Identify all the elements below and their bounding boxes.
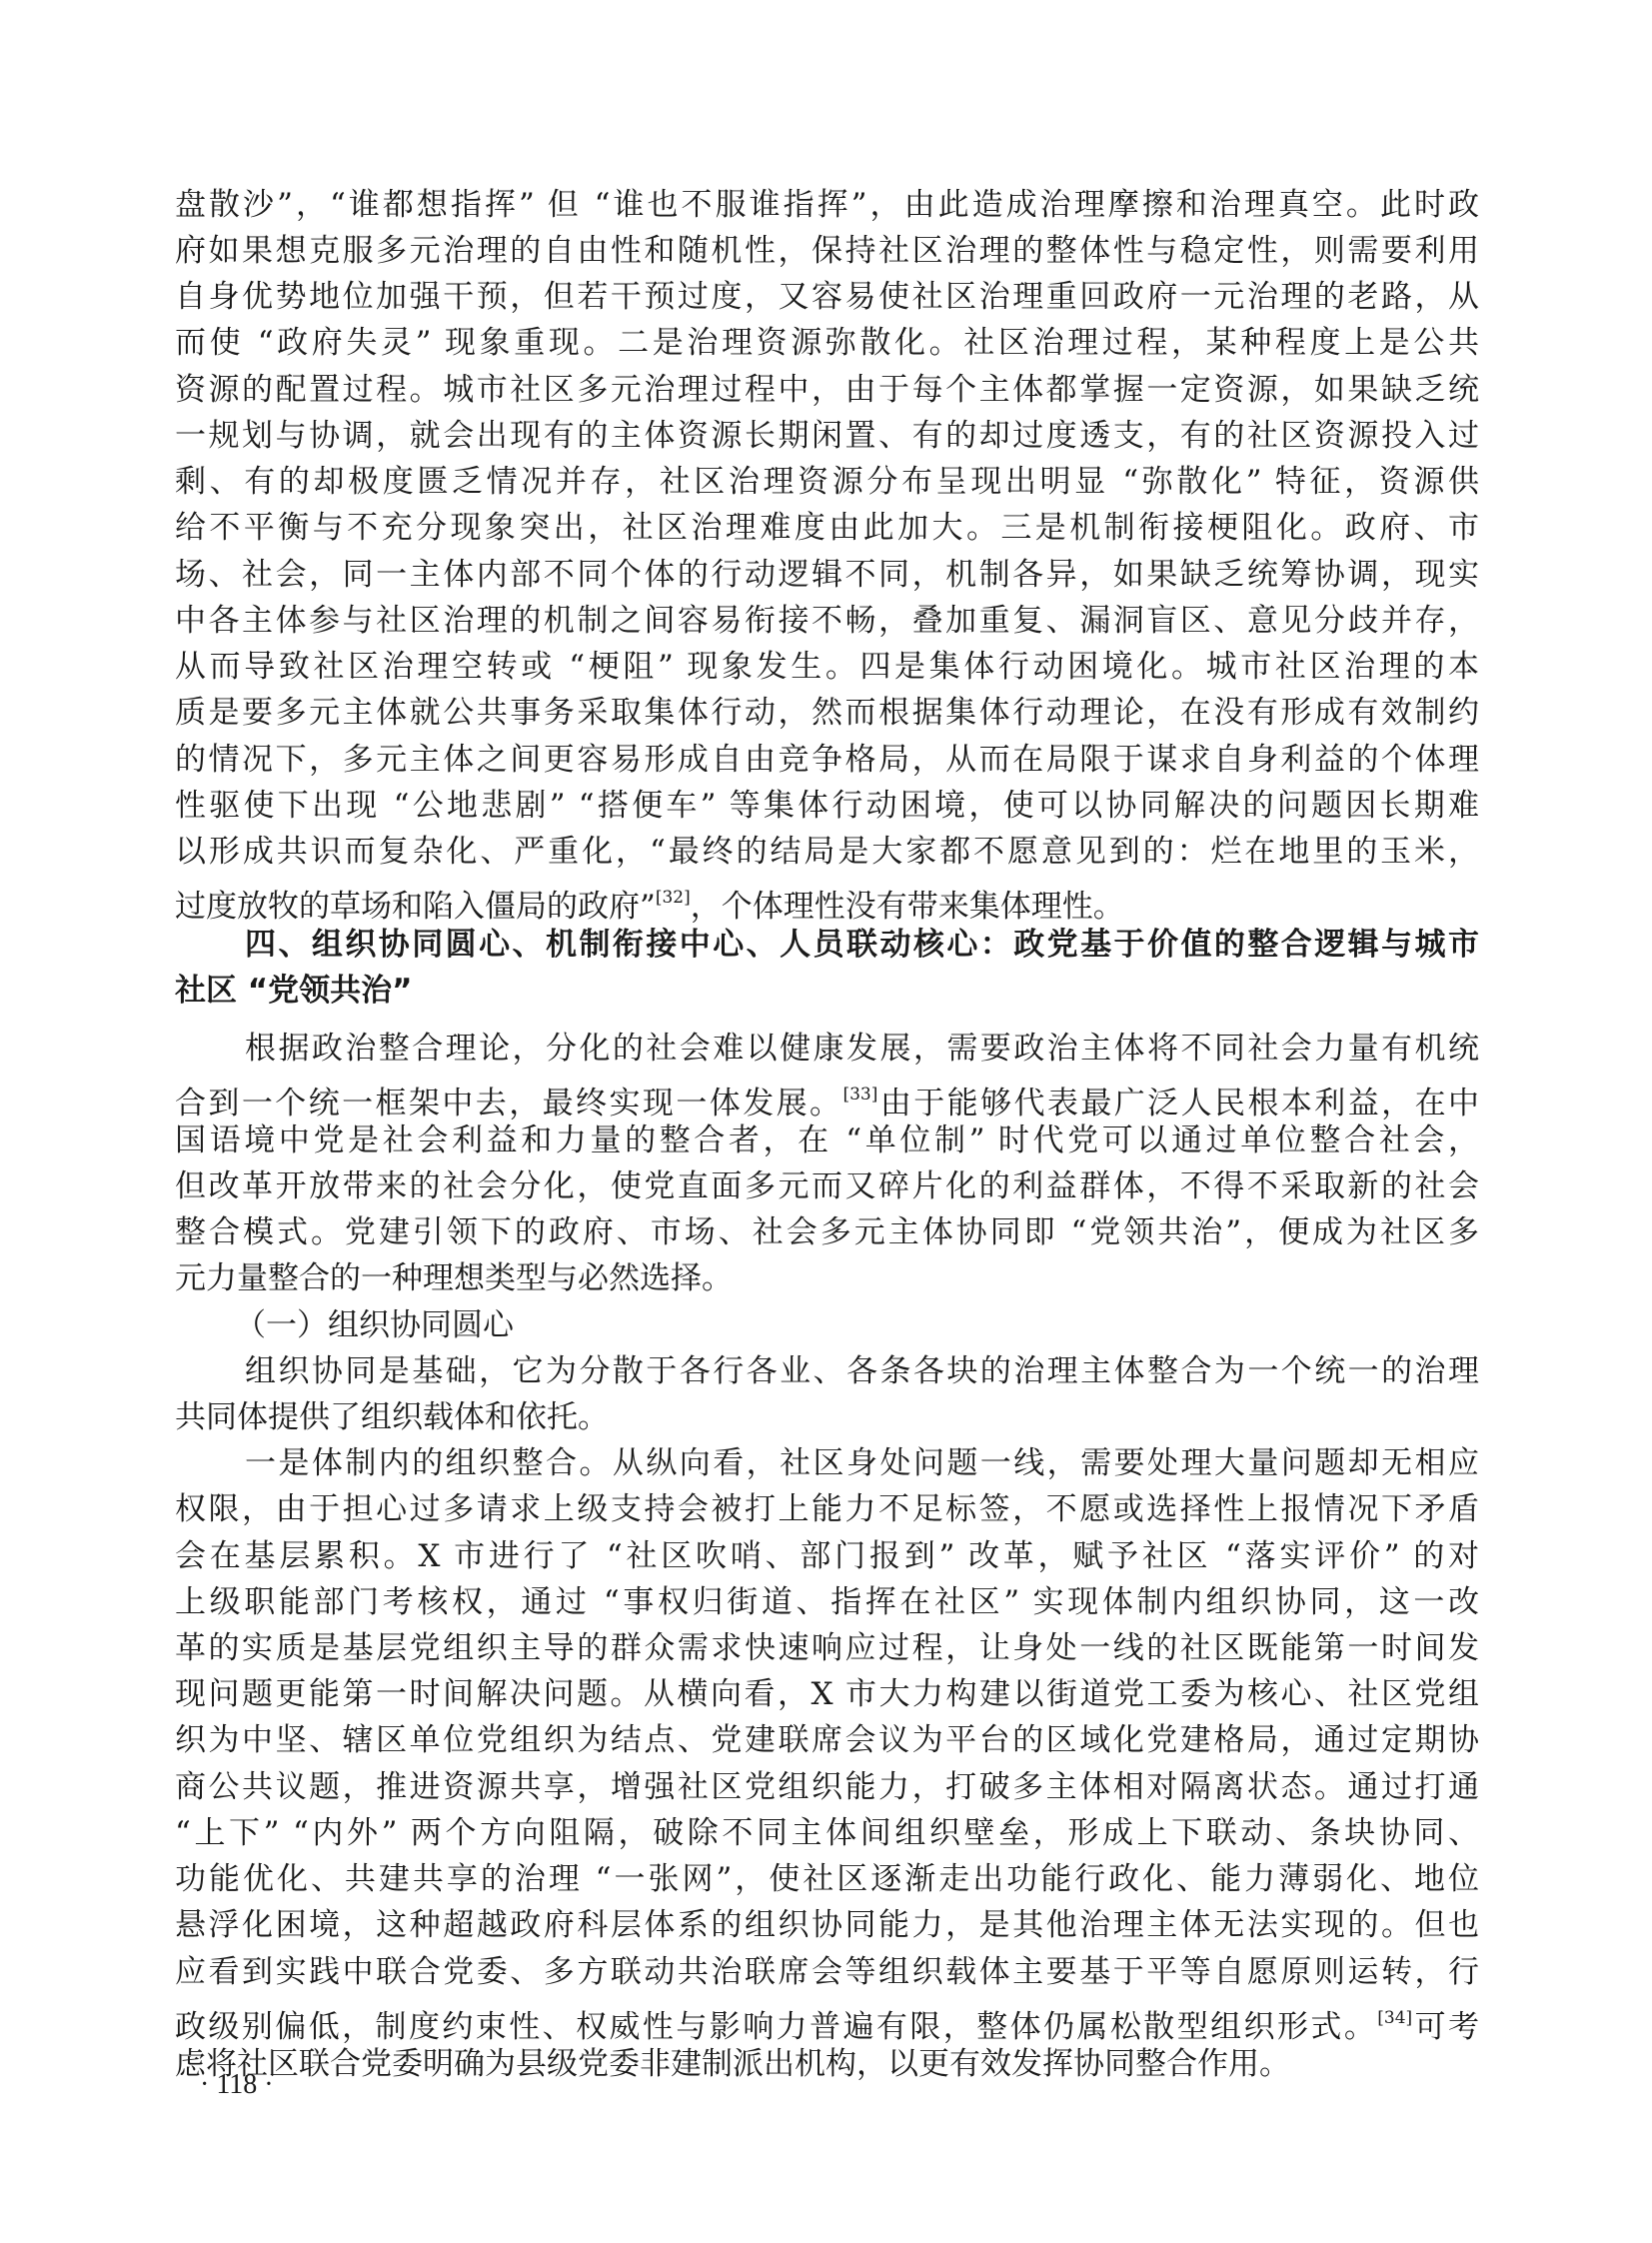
text-line: 应看到实践中联合党委、多方联动共治联席会等组织载体主要基于平等自愿原则运转，行 [175, 1949, 1479, 1995]
text-span: 合到一个统一框架中去，最终实现一体发展。 [175, 1086, 842, 1121]
text-line: 政级别偏低，制度约束性、权威性与影响力普遍有限，整体仍属松散型组织形式。[34]… [175, 1995, 1479, 2041]
text-span: 政级别偏低，制度约束性、权威性与影响力普遍有限，整体仍属松散型组织形式。 [175, 2009, 1377, 2045]
text-line: 过度放牧的草场和陷入僵局的政府”[32]，个体理性没有带来集体理性。 [175, 875, 1479, 921]
heading-line: 社区 “党领共治” [175, 968, 1479, 1014]
text-line: 剩、有的却极度匮乏情况并存，社区治理资源分布呈现出明显 “弥散化” 特征，资源供 [175, 459, 1479, 505]
text-line: 一是体制内的组织整合。从纵向看，社区身处问题一线，需要处理大量问题却无相应 [245, 1440, 1479, 1486]
text-line: 府如果想克服多元治理的自由性和随机性，保持社区治理的整体性与稳定性，则需要利用 [175, 228, 1479, 274]
text-line: 组织协同是基础，它为分散于各行各业、各条各块的治理主体整合为一个统一的治理 [245, 1348, 1479, 1394]
heading-line: 四、组织协同圆心、机制衔接中心、人员联动核心：政党基于价值的整合逻辑与城市 [245, 922, 1479, 968]
text-line: 革的实质是基层党组织主导的群众需求快速响应过程，让身处一线的社区既能第一时间发 [175, 1625, 1479, 1671]
text-line: 整合模式。党建引领下的政府、市场、社会多元主体协同即 “党领共治”，便成为社区多 [175, 1209, 1479, 1255]
text-line: 国语境中党是社会利益和力量的整合者，在 “单位制” 时代党可以通过单位整合社会， [175, 1118, 1479, 1163]
text-line: 盘散沙”，“谁都想指挥” 但 “谁也不服谁指挥”，由此造成治理摩擦和治理真空。此… [175, 182, 1479, 228]
text-line: 虑将社区联合党委明确为县级党委非建制派出机构，以更有效发挥协同整合作用。 [175, 2041, 1479, 2087]
text-span: 由于能够代表最广泛人民根本利益，在中 [877, 1086, 1479, 1121]
text-line: 以形成共识而复杂化、严重化，“最终的结局是大家都不愿意见到的：烂在地里的玉米， [175, 829, 1479, 875]
document-page: 盘散沙”，“谁都想指挥” 但 “谁也不服谁指挥”，由此造成治理摩擦和治理真空。此… [0, 0, 1652, 2243]
text-line: 现问题更能第一时间解决问题。从横向看，X 市大力构建以街道党工委为核心、社区党组 [175, 1671, 1479, 1717]
text-line: 的情况下，多元主体之间更容易形成自由竞争格局，从而在局限于谋求自身利益的个体理 [175, 737, 1479, 783]
subsection-heading: （一）组织协同圆心 [235, 1302, 1469, 1348]
citation-ref-33: [33] [842, 1085, 877, 1105]
text-span: 过度放牧的草场和陷入僵局的政府” [175, 889, 656, 925]
text-line: 给不平衡与不充分现象突出，社区治理难度由此加大。三是机制衔接梗阻化。政府、市 [175, 505, 1479, 551]
text-line: 而使 “政府失灵” 现象重现。二是治理资源弥散化。社区治理过程，某种程度上是公共 [175, 320, 1479, 366]
text-line: 但改革开放带来的社会分化，使党直面多元而又碎片化的利益群体，不得不采取新的社会 [175, 1163, 1479, 1209]
text-line: 权限，由于担心过多请求上级支持会被打上能力不足标签，不愿或选择性上报情况下矛盾 [175, 1486, 1479, 1532]
text-line: 商公共议题，推进资源共享，增强社区党组织能力，打破多主体相对隔离状态。通过打通 [175, 1764, 1479, 1810]
text-span: ，个体理性没有带来集体理性。 [691, 889, 1124, 925]
text-span: 可考 [1412, 2009, 1479, 2045]
citation-ref-32: [32] [656, 888, 691, 908]
text-line: 中各主体参与社区治理的机制之间容易衔接不畅，叠加重复、漏洞盲区、意见分歧并存， [175, 598, 1479, 644]
citation-ref-34: [34] [1377, 2008, 1412, 2028]
text-line: 一规划与协调，就会出现有的主体资源长期闲置、有的却过度透支，有的社区资源投入过 [175, 413, 1479, 459]
text-line: “上下” “内外” 两个方向阻隔，破除不同主体间组织壁垒，形成上下联动、条块协同… [175, 1810, 1479, 1856]
text-line: 上级职能部门考核权，通过 “事权归街道、指挥在社区” 实现体制内组织协同，这一改 [175, 1579, 1479, 1625]
text-line: 元力量整合的一种理想类型与必然选择。 [175, 1255, 1479, 1301]
text-line: 从而导致社区治理空转或 “梗阻” 现象发生。四是集体行动困境化。城市社区治理的本 [175, 644, 1479, 690]
text-line: 根据政治整合理论，分化的社会难以健康发展，需要政治主体将不同社会力量有机统 [245, 1026, 1479, 1072]
text-line: 功能优化、共建共享的治理 “一张网”，使社区逐渐走出功能行政化、能力薄弱化、地位 [175, 1856, 1479, 1902]
text-line: 资源的配置过程。城市社区多元治理过程中，由于每个主体都掌握一定资源，如果缺乏统 [175, 367, 1479, 413]
text-line: 共同体提供了组织载体和依托。 [175, 1394, 1479, 1440]
text-line: 自身优势地位加强干预，但若干预过度，又容易使社区治理重回政府一元治理的老路，从 [175, 274, 1479, 320]
page-number: · 118 · [200, 2069, 274, 2101]
text-line: 悬浮化困境，这种超越政府科层体系的组织协同能力，是其他治理主体无法实现的。但也 [175, 1902, 1479, 1948]
text-line: 场、社会，同一主体内部不同个体的行动逻辑不同，机制各异，如果缺乏统筹协调，现实 [175, 552, 1479, 598]
text-line: 质是要多元主体就公共事务采取集体行动，然而根据集体行动理论，在没有形成有效制约 [175, 690, 1479, 736]
text-line: 织为中坚、辖区单位党组织为结点、党建联席会议为平台的区域化党建格局，通过定期协 [175, 1717, 1479, 1763]
text-line: 会在基层累积。X 市进行了 “社区吹哨、部门报到” 改革，赋予社区 “落实评价”… [175, 1533, 1479, 1579]
text-line: 性驱使下出现 “公地悲剧” “搭便车” 等集体行动困境，使可以协同解决的问题因长… [175, 783, 1479, 829]
text-line: 合到一个统一框架中去，最终实现一体发展。[33]由于能够代表最广泛人民根本利益，… [175, 1072, 1479, 1118]
